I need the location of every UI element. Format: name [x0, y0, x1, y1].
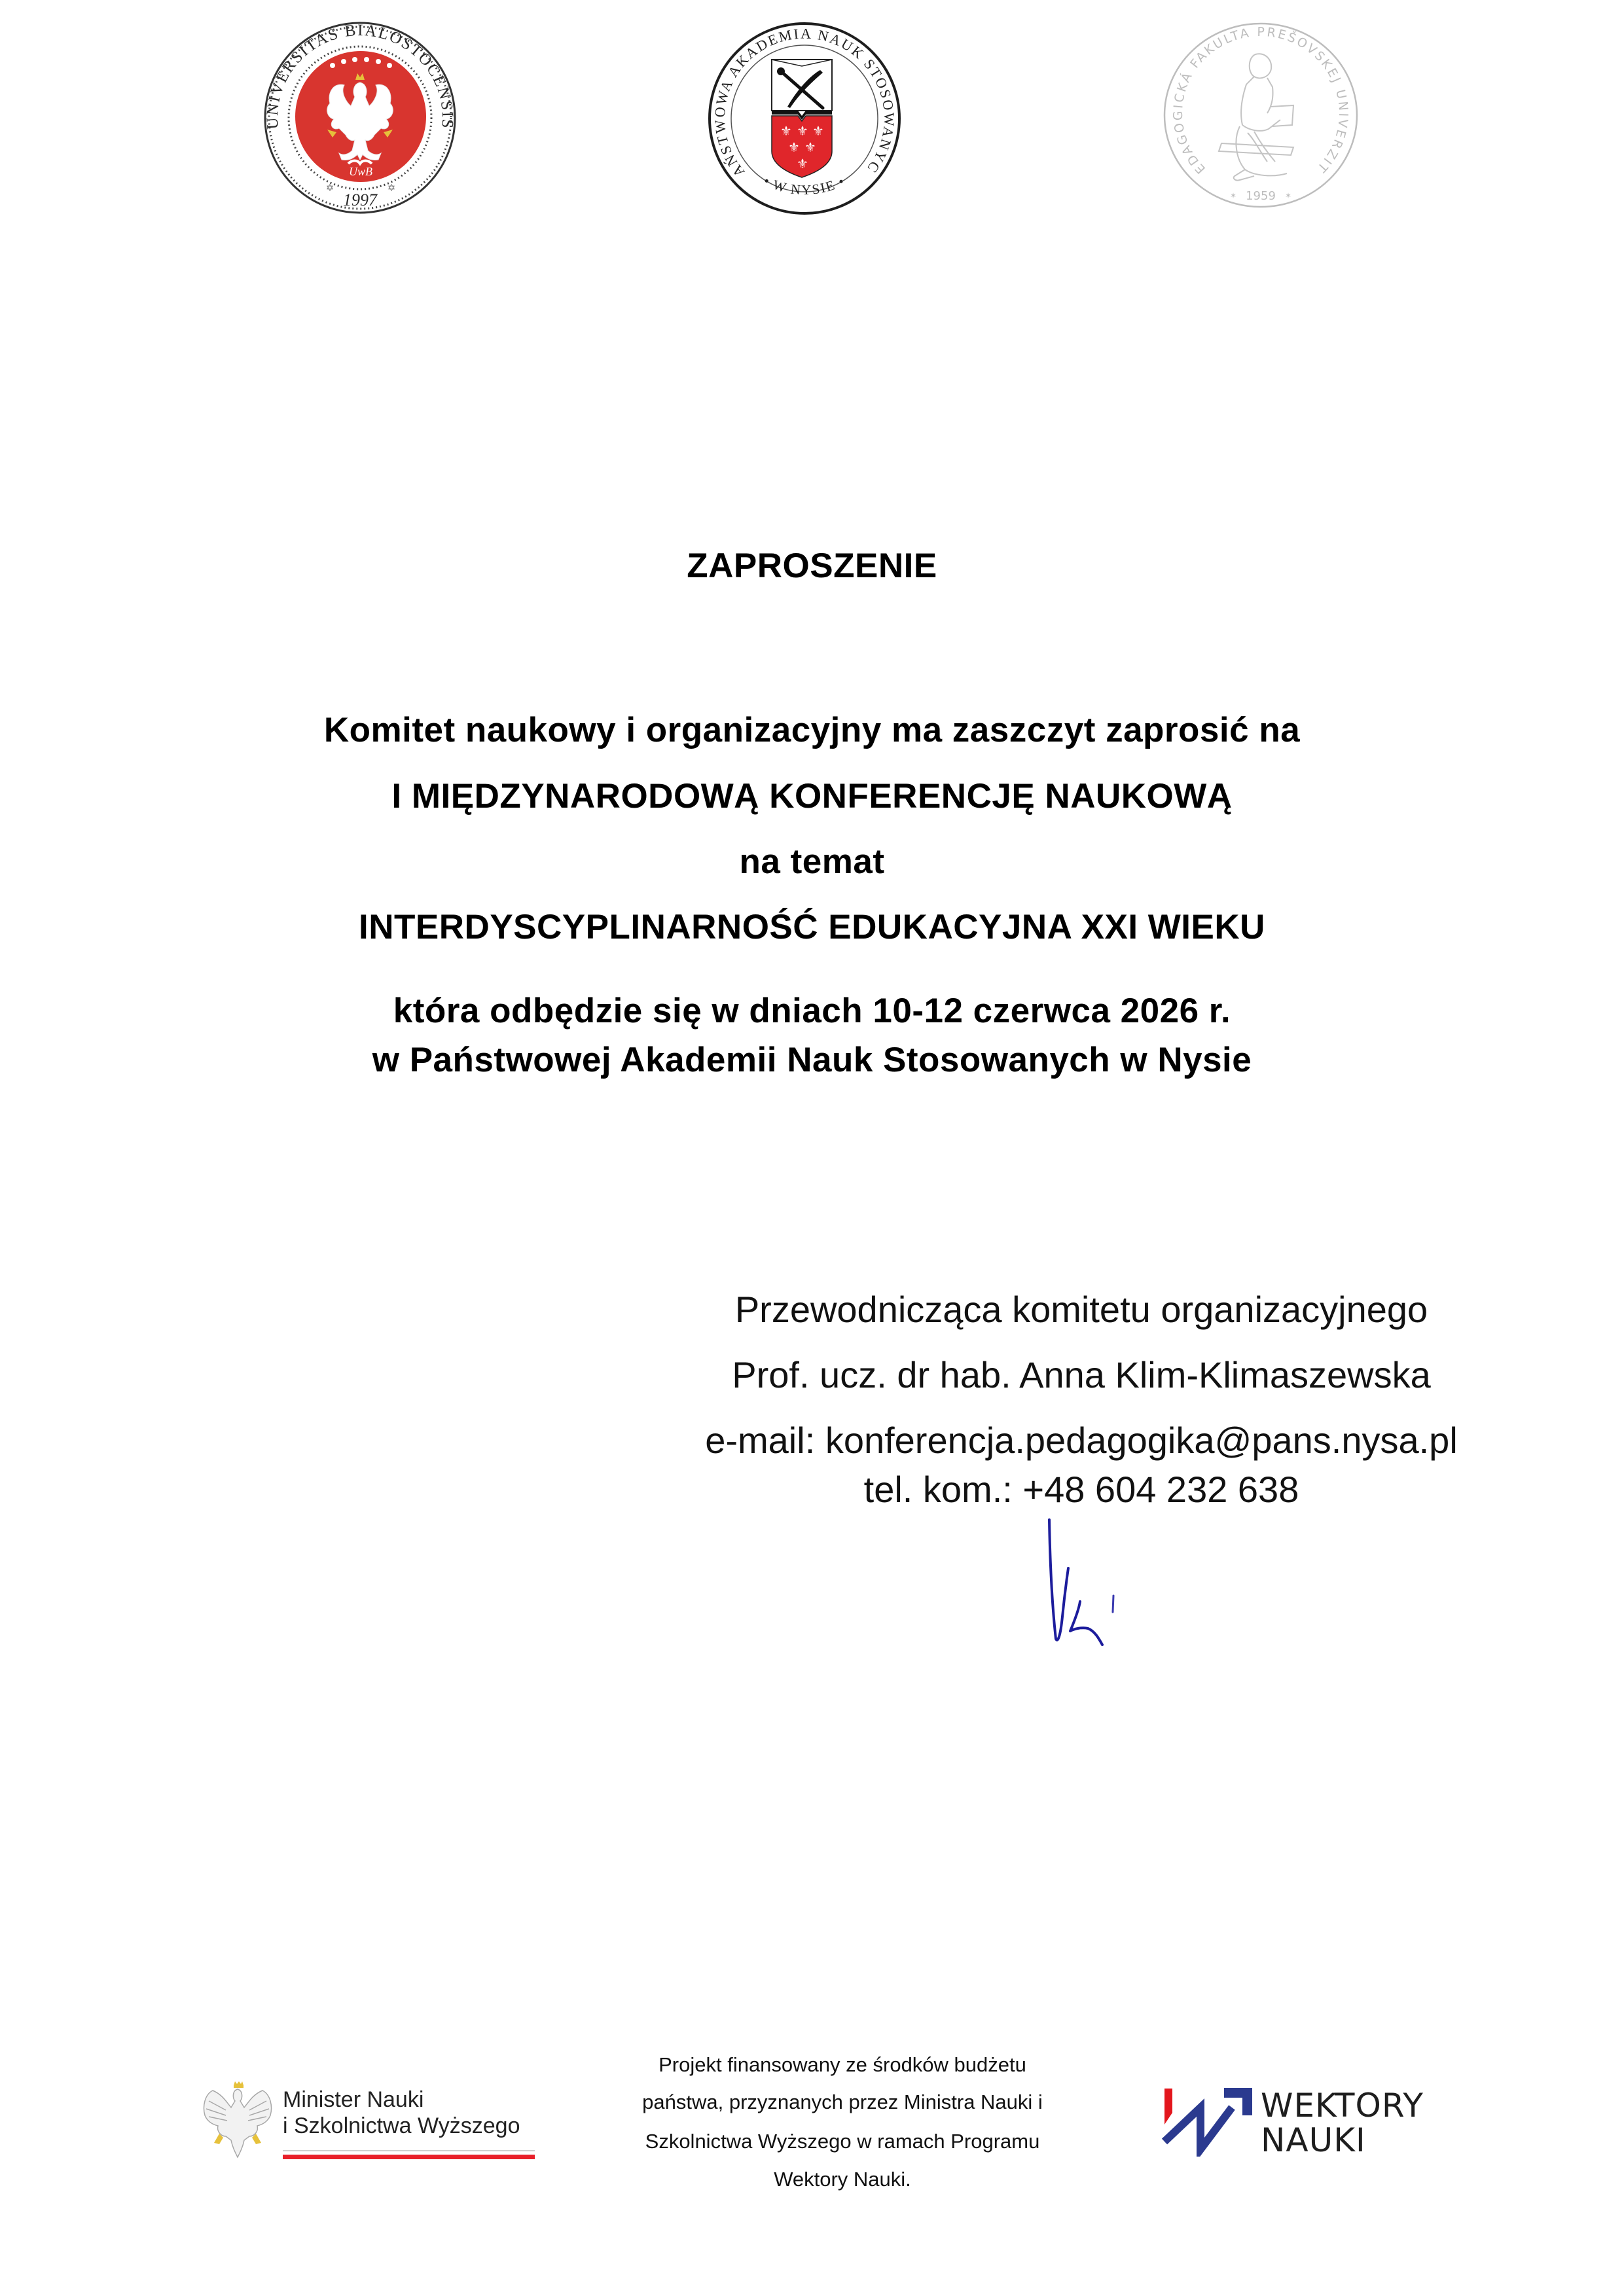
svg-text:⚜: ⚜ [804, 139, 816, 155]
organizer-name: Prof. ucz. dr hab. Anna Klim-Klimaszewsk… [689, 1357, 1474, 1393]
invitation-intro-line: Komitet naukowy i organizacyjny ma zaszc… [0, 713, 1624, 747]
svg-text:✶: ✶ [1285, 191, 1291, 200]
svg-text:1997: 1997 [343, 190, 378, 209]
pans-nysa-seal: PAŃSTWOWA AKADEMIA NAUK STOSOWANYCH • W … [706, 20, 903, 217]
email-link[interactable]: konferencja.pedagogika@pans.nysa.pl [825, 1420, 1458, 1461]
shield-seal-icon: PAŃSTWOWA AKADEMIA NAUK STOSOWANYCH • W … [706, 20, 903, 217]
program-name-line-2: NAUKI [1261, 2124, 1366, 2157]
conference-date-line: która odbędzie się w dniach 10-12 czerwc… [0, 994, 1624, 1028]
phone-label: tel. kom.: [864, 1469, 1013, 1510]
ministry-name-line-1: Minister Nauki [283, 2089, 424, 2111]
presov-pedagogical-faculty-seal: PEDAGOGICKÁ FAKULTA PREŠOVSKEJ UNIVERZIT… [1163, 22, 1359, 218]
invitation-title: ZAPROSZENIE [0, 548, 1624, 583]
ministry-logo: Minister Nauki i Szkolnictwa Wyższego [196, 2078, 543, 2163]
signature-icon [1041, 1512, 1126, 1656]
funding-note-line: państwa, przyznanych przez Ministra Nauk… [581, 2092, 1104, 2112]
svg-text:⚜: ⚜ [797, 156, 808, 171]
organizer-phone-line: tel. kom.: +48 604 232 638 [689, 1471, 1474, 1508]
funding-note-line: Wektory Nauki. [581, 2169, 1104, 2189]
wektory-nauki-logo: WEKTORY NAUKI [1159, 2081, 1434, 2157]
funding-note-line: Szkolnictwa Wyższego w ramach Programu [581, 2131, 1104, 2151]
ministry-divider-gray [283, 2150, 535, 2151]
phone-number: +48 604 232 638 [1022, 1469, 1299, 1510]
ministry-name-line-2: i Szkolnictwa Wyższego [283, 2115, 520, 2137]
svg-text:1959: 1959 [1246, 189, 1276, 203]
ministry-divider-red [283, 2155, 535, 2159]
program-name-line-1: WEKTORY [1261, 2089, 1424, 2122]
svg-text:✶: ✶ [1230, 191, 1236, 200]
svg-text:⚜: ⚜ [780, 123, 792, 139]
funding-note-line: Projekt finansowany ze środków budżetu [581, 2054, 1104, 2075]
svg-text:✡: ✡ [326, 182, 334, 194]
svg-text:⚜: ⚜ [797, 123, 808, 139]
eagle-seal-icon: UNIVERSITAS BIALOSTOCENSIS 1997 ✡ ✡ UwB [262, 20, 458, 216]
polish-eagle-icon [200, 2081, 275, 2160]
rising-arrow-icon [1159, 2081, 1257, 2157]
svg-text:UwB: UwB [349, 165, 372, 178]
svg-text:⚜: ⚜ [788, 139, 800, 155]
svg-text:⚜: ⚜ [812, 123, 824, 139]
university-of-bialystok-seal: UNIVERSITAS BIALOSTOCENSIS 1997 ✡ ✡ UwB [262, 20, 458, 216]
conference-venue-line: w Państwowej Akademii Nauk Stosowanych w… [0, 1043, 1624, 1077]
organizer-role: Przewodnicząca komitetu organizacyjnego [689, 1291, 1474, 1328]
conference-type-line: I MIĘDZYNARODOWĄ KONFERENCJĘ NAUKOWĄ [0, 779, 1624, 814]
organizer-email-line: e-mail: konferencja.pedagogika@pans.nysa… [689, 1422, 1474, 1459]
svg-text:✡: ✡ [388, 182, 396, 194]
kneeling-figure-seal-icon: PEDAGOGICKÁ FAKULTA PREŠOVSKEJ UNIVERZIT… [1163, 22, 1359, 211]
topic-intro-line: na temat [0, 844, 1624, 879]
conference-topic-line: INTERDYSCYPLINARNOŚĆ EDUKACYJNA XXI WIEK… [0, 910, 1624, 944]
email-label: e-mail: [705, 1420, 815, 1461]
